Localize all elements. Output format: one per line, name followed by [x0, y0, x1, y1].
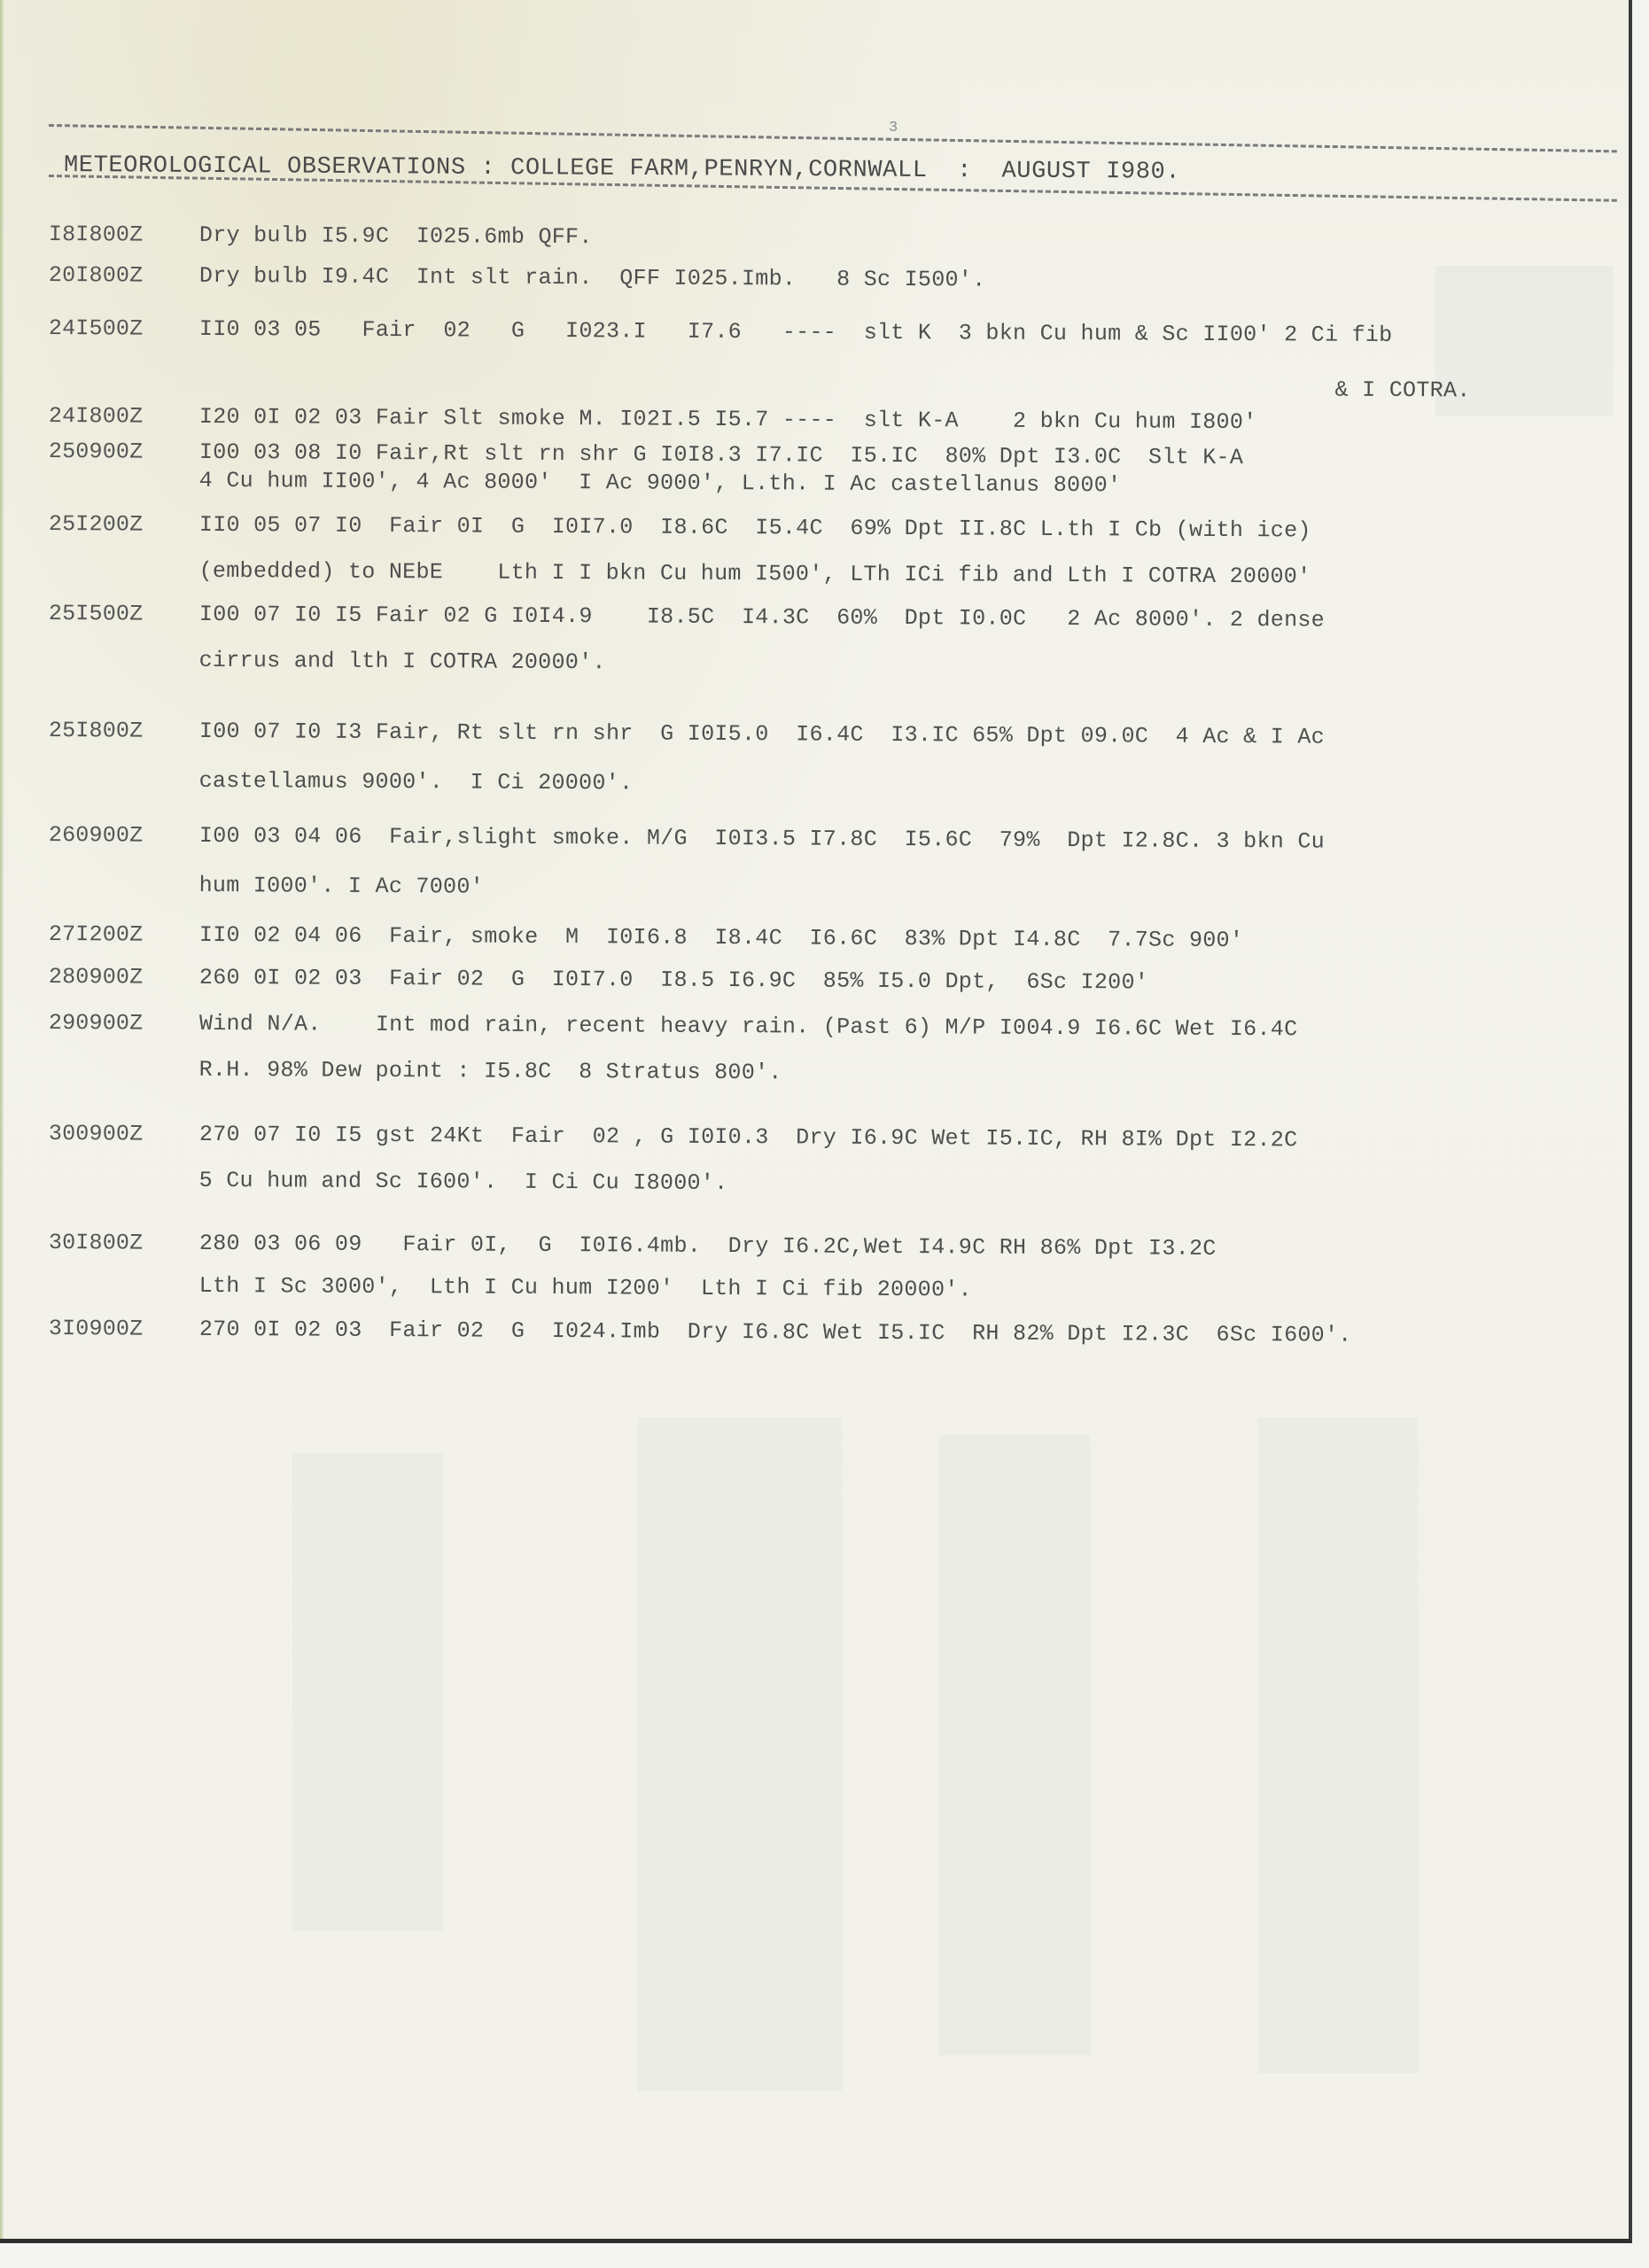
observation-timestamp: 260900Z [49, 822, 144, 849]
observation-timestamp: 25I500Z [49, 601, 144, 627]
observation-continuation: hum I000'. I Ac 7000' [199, 873, 485, 900]
page-title: METEOROLOGICAL OBSERVATIONS : COLLEGE FA… [64, 152, 1180, 186]
observation-continuation: & I COTRA. [1335, 377, 1471, 404]
observation-timestamp: 300900Z [49, 1121, 144, 1147]
observation-text: 260 0I 02 03 Fair 02 G I0I7.0 I8.5 I6.9C… [199, 965, 1148, 996]
observation-continuation: castellamus 9000'. I Ci 20000'. [199, 768, 634, 796]
observation-text: 280 03 06 09 Fair 0I, G I0I6.4mb. Dry I6… [199, 1231, 1217, 1262]
observation-timestamp: 24I500Z [49, 315, 144, 342]
observation-text: 270 07 I0 I5 gst 24Kt Fair 02 , G I0I0.3… [199, 1122, 1298, 1153]
observation-timestamp: 25I200Z [49, 511, 144, 538]
observation-continuation: 4 Cu hum II00', 4 Ac 8000' I Ac 9000', L… [199, 468, 1122, 498]
observation-timestamp: 25I800Z [49, 718, 144, 744]
watermark-shadow [638, 1417, 842, 2091]
observation-text: II0 05 07 I0 Fair 0I G I0I7.0 I8.6C I5.4… [199, 512, 1311, 544]
header-rule-top [49, 124, 1617, 152]
observation-text: II0 02 04 06 Fair, smoke M I0I6.8 I8.4C … [199, 922, 1243, 953]
observation-text: Dry bulb I5.9C I025.6mb QFF. [199, 222, 593, 250]
observation-timestamp: 250900Z [49, 439, 144, 465]
observation-timestamp: 290900Z [49, 1010, 144, 1037]
watermark-shadow [939, 1435, 1090, 2055]
typed-page: 3 METEOROLOGICAL OBSERVATIONS : COLLEGE … [0, 0, 1632, 2243]
observation-timestamp: 20I800Z [49, 262, 144, 289]
observation-continuation: Lth I Sc 3000', Lth I Cu hum I200' Lth I… [199, 1273, 972, 1303]
observation-text: 270 0I 02 03 Fair 02 G I024.Imb Dry I6.8… [199, 1317, 1352, 1348]
observation-text: I00 07 I0 I5 Fair 02 G I0I4.9 I8.5C I4.3… [199, 602, 1325, 633]
observation-text: I00 03 08 I0 Fair,Rt slt rn shr G I0I8.3… [199, 439, 1243, 470]
observation-timestamp: 3I0900Z [49, 1316, 144, 1342]
observation-timestamp: 27I200Z [49, 921, 144, 948]
observation-continuation: cirrus and lth I COTRA 20000'. [199, 648, 606, 675]
watermark-shadow [1258, 1417, 1418, 2073]
observation-continuation: 5 Cu hum and Sc I600'. I Ci Cu I8000'. [199, 1168, 728, 1196]
observation-text: I20 0I 02 03 Fair Slt smoke M. I02I.5 I5… [199, 404, 1257, 435]
observation-text: Wind N/A. Int mod rain, recent heavy rai… [199, 1011, 1298, 1042]
observation-text: I00 03 04 06 Fair,slight smoke. M/G I0I3… [199, 823, 1325, 855]
watermark-shadow [292, 1453, 443, 1931]
observation-timestamp: 30I800Z [49, 1230, 144, 1256]
observation-timestamp: 24I800Z [49, 403, 144, 430]
observation-continuation: (embedded) to NEbE Lth I I bkn Cu hum I5… [199, 558, 1311, 590]
page-number: 3 [889, 120, 898, 136]
observation-text: Dry bulb I9.4C Int slt rain. QFF I025.Im… [199, 263, 986, 293]
observation-timestamp: 280900Z [49, 964, 144, 990]
observation-continuation: R.H. 98% Dew point : I5.8C 8 Stratus 800… [199, 1057, 782, 1085]
observation-text: I00 07 I0 I3 Fair, Rt slt rn shr G I0I5.… [199, 718, 1325, 750]
observation-text: II0 03 05 Fair 02 G I023.I I7.6 ---- slt… [199, 316, 1393, 348]
observation-timestamp: I8I800Z [49, 221, 144, 248]
